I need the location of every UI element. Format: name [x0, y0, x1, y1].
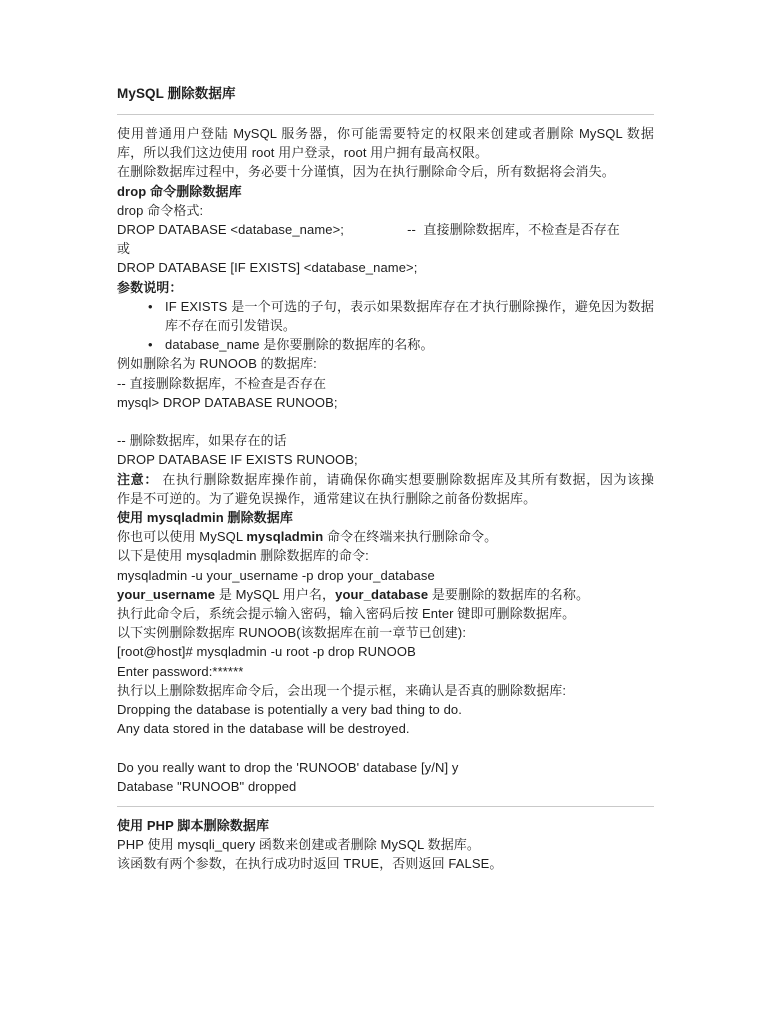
text-segment: IF EXISTS 是一个可选的子句，表示如果数据库存在才执行删除操作，避免因为…: [165, 299, 654, 314]
text-segment: 使用 PHP 脚本删除数据库: [117, 818, 269, 833]
text-line: DROP DATABASE <database_name>; -- 直接删除数据…: [117, 220, 654, 239]
text-segment: database_name 是你要删除的数据库的名称。: [165, 337, 434, 352]
text-line: 参数说明：: [117, 278, 654, 297]
text-segment: 该函数有两个参数，在执行成功时返回 TRUE，否则返回 FALSE。: [117, 856, 502, 871]
text-segment: DROP DATABASE <database_name>; -- 直接删除数据…: [117, 222, 620, 237]
bullet-item: •IF EXISTS 是一个可选的子句，表示如果数据库存在才执行删除操作，避免因…: [117, 297, 654, 316]
text-segment: 执行以上删除数据库命令后，会出现一个提示框，来确认是否真的删除数据库:: [117, 683, 566, 698]
text-line: drop 命令格式:: [117, 201, 654, 220]
blank-line: [117, 738, 654, 757]
text-line: -- 直接删除数据库，不检查是否存在: [117, 374, 654, 393]
text-segment: PHP 使用 mysqli_query 函数来创建或者删除 MySQL 数据库。: [117, 837, 480, 852]
text-segment: DROP DATABASE [IF EXISTS] <database_name…: [117, 260, 417, 275]
text-segment: 例如删除名为 RUNOOB 的数据库:: [117, 356, 317, 371]
text-line: 以下是使用 mysqladmin 删除数据库的命令:: [117, 546, 654, 565]
text-segment: DROP DATABASE IF EXISTS RUNOOB;: [117, 452, 358, 467]
text-line: 以下实例删除数据库 RUNOOB(该数据库在前一章节已创建):: [117, 623, 654, 642]
text-line: Any data stored in the database will be …: [117, 719, 654, 738]
text-segment: 你也可以使用 MySQL: [117, 529, 246, 544]
bullet-item: •database_name 是你要删除的数据库的名称。: [117, 335, 654, 354]
text-segment: 使用普通用户登陆 MySQL 服务器，你可能需要特定的权限来创建或者删除 MyS…: [117, 126, 654, 141]
text-segment: 执行此命令后，系统会提示输入密码，输入密码后按 Enter 键即可删除数据库。: [117, 606, 575, 621]
text-segment: 作是不可逆的。为了避免误操作，通常建议在执行删除之前备份数据库。: [117, 491, 536, 506]
text-line: 在删除数据库过程中，务必要十分谨慎，因为在执行删除命令后，所有数据将会消失。: [117, 162, 654, 181]
text-line: 注意： 在执行删除数据库操作前，请确保你确实想要删除数据库及其所有数据，因为该操: [117, 470, 654, 489]
text-segment: your_username: [117, 587, 215, 602]
text-line: 使用 PHP 脚本删除数据库: [117, 816, 654, 835]
page-title: MySQL 删除数据库: [117, 84, 654, 104]
text-segment: Database "RUNOOB" dropped: [117, 779, 296, 794]
text-line: Do you really want to drop the 'RUNOOB' …: [117, 758, 654, 777]
text-line: Enter password:******: [117, 662, 654, 681]
text-line: 库，所以我们这边使用 root 用户登录，root 用户拥有最高权限。: [117, 143, 654, 162]
text-line: 使用普通用户登陆 MySQL 服务器，你可能需要特定的权限来创建或者删除 MyS…: [117, 124, 654, 143]
text-segment: MySQL 删除数据库: [117, 86, 236, 101]
text-segment: 在删除数据库过程中，务必要十分谨慎，因为在执行删除命令后，所有数据将会消失。: [117, 164, 615, 179]
text-line: Database "RUNOOB" dropped: [117, 777, 654, 796]
text-segment: 是要删除的数据库的名称。: [428, 587, 589, 602]
text-segment: mysql> DROP DATABASE RUNOOB;: [117, 395, 338, 410]
text-line: mysql> DROP DATABASE RUNOOB;: [117, 393, 654, 412]
text-segment: 命令在终端来执行删除命令。: [323, 529, 497, 544]
text-line: 例如删除名为 RUNOOB 的数据库:: [117, 354, 654, 373]
text-line: 使用 mysqladmin 删除数据库: [117, 508, 654, 527]
text-segment: 参数说明：: [117, 280, 183, 295]
bullet-item-continuation: 库不存在而引发错误。: [117, 316, 654, 335]
text-line: 执行此命令后，系统会提示输入密码，输入密码后按 Enter 键即可删除数据库。: [117, 604, 654, 623]
text-segment: -- 删除数据库，如果存在的话: [117, 433, 287, 448]
text-segment: mysqladmin -u your_username -p drop your…: [117, 568, 435, 583]
text-segment: drop 命令删除数据库: [117, 184, 242, 199]
text-segment: Do you really want to drop the 'RUNOOB' …: [117, 760, 459, 775]
text-line: 该函数有两个参数，在执行成功时返回 TRUE，否则返回 FALSE。: [117, 854, 654, 873]
text-segment: 使用 mysqladmin 删除数据库: [117, 510, 293, 525]
text-segment: 是 MySQL 用户名，: [215, 587, 335, 602]
text-segment: your_database: [335, 587, 428, 602]
text-line: 你也可以使用 MySQL mysqladmin 命令在终端来执行删除命令。: [117, 527, 654, 546]
bullet-icon: •: [148, 335, 153, 354]
text-line: DROP DATABASE [IF EXISTS] <database_name…: [117, 258, 654, 277]
text-line: drop 命令删除数据库: [117, 182, 654, 201]
horizontal-divider: [117, 114, 654, 115]
text-segment: Enter password:******: [117, 664, 243, 679]
text-segment: drop 命令格式:: [117, 203, 203, 218]
text-line: 作是不可逆的。为了避免误操作，通常建议在执行删除之前备份数据库。: [117, 489, 654, 508]
text-segment: 库不存在而引发错误。: [165, 318, 296, 333]
blank-line: [117, 412, 654, 431]
bullet-icon: •: [148, 297, 153, 316]
document-content: MySQL 删除数据库使用普通用户登陆 MySQL 服务器，你可能需要特定的权限…: [117, 84, 654, 874]
text-line: -- 删除数据库，如果存在的话: [117, 431, 654, 450]
text-segment: mysqladmin: [246, 529, 323, 544]
text-segment: [root@host]# mysqladmin -u root -p drop …: [117, 644, 416, 659]
text-line: DROP DATABASE IF EXISTS RUNOOB;: [117, 450, 654, 469]
horizontal-divider: [117, 806, 654, 807]
text-line: mysqladmin -u your_username -p drop your…: [117, 566, 654, 585]
text-segment: 在执行删除数据库操作前，请确保你确实想要删除数据库及其所有数据，因为该操: [158, 472, 654, 487]
text-segment: Any data stored in the database will be …: [117, 721, 410, 736]
text-segment: Dropping the database is potentially a v…: [117, 702, 462, 717]
text-segment: -- 直接删除数据库，不检查是否存在: [117, 376, 326, 391]
text-segment: 或: [117, 241, 130, 256]
text-segment: 以下是使用 mysqladmin 删除数据库的命令:: [117, 548, 369, 563]
text-line: 或: [117, 239, 654, 258]
text-line: your_username 是 MySQL 用户名，your_database …: [117, 585, 654, 604]
text-line: 执行以上删除数据库命令后，会出现一个提示框，来确认是否真的删除数据库:: [117, 681, 654, 700]
text-line: [root@host]# mysqladmin -u root -p drop …: [117, 642, 654, 661]
text-segment: 库，所以我们这边使用 root 用户登录，root 用户拥有最高权限。: [117, 145, 488, 160]
text-segment: 注意：: [117, 472, 158, 487]
text-line: Dropping the database is potentially a v…: [117, 700, 654, 719]
text-line: PHP 使用 mysqli_query 函数来创建或者删除 MySQL 数据库。: [117, 835, 654, 854]
text-segment: 以下实例删除数据库 RUNOOB(该数据库在前一章节已创建):: [117, 625, 466, 640]
